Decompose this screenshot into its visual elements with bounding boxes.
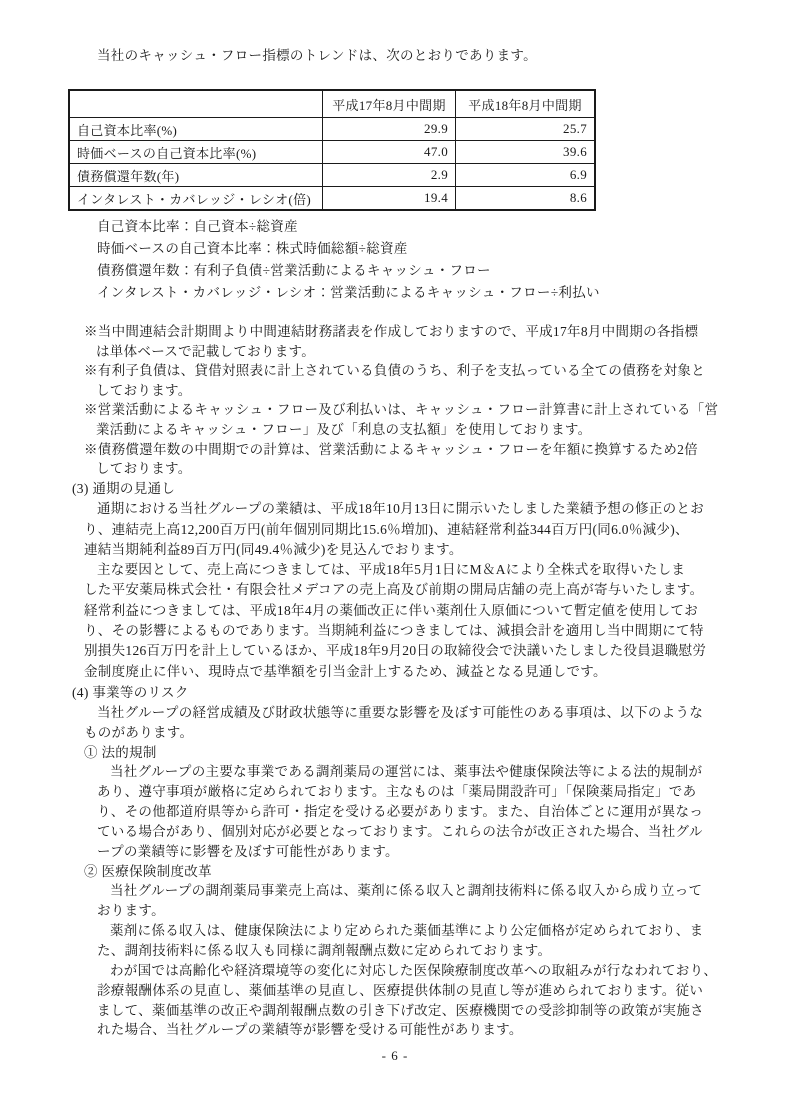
- section-3-paragraph: 主な要因として、売上高につきましては、平成18年5月1日にM＆Aにより全株式を取…: [84, 560, 706, 682]
- subsection-medical-insurance-reform-paragraph: わが国では高齢化や経済環境等の変化に対応した医保険療制度改革への取組みが行なわれ…: [97, 961, 717, 1040]
- page-number: - 6 -: [0, 1048, 790, 1064]
- intro-paragraph: 当社のキャッシュ・フロー指標のトレンドは、次のとおりであります。: [97, 46, 537, 66]
- table-header-h18-interim: 平成18年8月中間期: [456, 90, 596, 118]
- row-value-h17: 47.0: [323, 141, 456, 164]
- table-row: 自己資本比率(%) 29.9 25.7: [69, 118, 595, 141]
- row-value-h18: 6.9: [456, 164, 596, 187]
- table-header-row: 平成17年8月中間期 平成18年8月中間期: [69, 90, 595, 118]
- table-row: インタレスト・カバレッジ・レシオ(倍) 19.4 8.6: [69, 187, 595, 211]
- subsection-medical-insurance-reform-paragraph: 当社グループの調剤薬局事業売上高は、薬剤に係る収入と調剤技術料に係る収入から成り…: [97, 881, 717, 921]
- row-label: インタレスト・カバレッジ・レシオ(倍): [69, 187, 323, 211]
- notes-block: ※当中間連結会計期間より中間連結財務諸表を作成しておりますので、平成17年8月中…: [84, 322, 718, 479]
- subsection-legal-regulation-paragraph: 当社グループの主要な事業である調剤薬局の運営には、薬事法や健康保険法等による法的…: [97, 762, 717, 861]
- row-label: 債務償還年数(年): [69, 164, 323, 187]
- row-value-h17: 2.9: [323, 164, 456, 187]
- table-row: 時価ベースの自己資本比率(%) 47.0 39.6: [69, 141, 595, 164]
- row-value-h17: 19.4: [323, 187, 456, 211]
- document-page: { "document": { "intro": "当社のキャッシュ・フロー指標…: [0, 0, 790, 1118]
- subsection-medical-insurance-reform-paragraph: 薬剤に係る収入は、健康保険法により定められた薬価基準により公定価格が定められてお…: [97, 921, 717, 961]
- table-header-empty: [69, 90, 323, 118]
- section-4-heading: (4) 事業等のリスク: [72, 683, 717, 703]
- row-label: 時価ベースの自己資本比率(%): [69, 141, 323, 164]
- indicator-definitions: 自己資本比率：自己資本÷総資産 時価ベースの自己資本比率：株式時価総額÷総資産 …: [97, 216, 600, 304]
- row-value-h18: 39.6: [456, 141, 596, 164]
- note-item: ※当中間連結会計期間より中間連結財務諸表を作成しておりますので、平成17年8月中…: [84, 322, 718, 361]
- note-item: ※有利子負債は、貸借対照表に計上されている負債のうち、利子を支払っている全ての債…: [84, 361, 718, 400]
- row-label: 自己資本比率(%): [69, 118, 323, 141]
- subsection-medical-insurance-reform-heading: ② 医療保険制度改革: [84, 862, 717, 882]
- cashflow-indicator-table: 平成17年8月中間期 平成18年8月中間期 自己資本比率(%) 29.9 25.…: [68, 89, 596, 211]
- section-3-paragraph: 通期における当社グループの業績は、平成18年10月13日に開示いたしました業績予…: [84, 499, 706, 560]
- section-4-intro: 当社グループの経営成績及び財政状態等に重要な影響を及ぼす可能性のある事項は、以下…: [84, 703, 717, 743]
- table-row: 債務償還年数(年) 2.9 6.9: [69, 164, 595, 187]
- row-value-h18: 25.7: [456, 118, 596, 141]
- section-full-year-outlook: (3) 通期の見通し 通期における当社グループの業績は、平成18年10月13日に…: [72, 479, 706, 682]
- subsection-legal-regulation-heading: ① 法的規制: [84, 743, 717, 763]
- row-value-h17: 29.9: [323, 118, 456, 141]
- note-item: ※営業活動によるキャッシュ・フロー及び利払いは、キャッシュ・フロー計算書に計上さ…: [84, 400, 718, 439]
- note-item: ※債務償還年数の中間期での計算は、営業活動によるキャッシュ・フローを年額に換算す…: [84, 440, 718, 479]
- section-3-heading: (3) 通期の見通し: [72, 479, 706, 499]
- table-header-h17-interim: 平成17年8月中間期: [323, 90, 456, 118]
- row-value-h18: 8.6: [456, 187, 596, 211]
- section-business-risks: (4) 事業等のリスク 当社グループの経営成績及び財政状態等に重要な影響を及ぼす…: [72, 683, 717, 1040]
